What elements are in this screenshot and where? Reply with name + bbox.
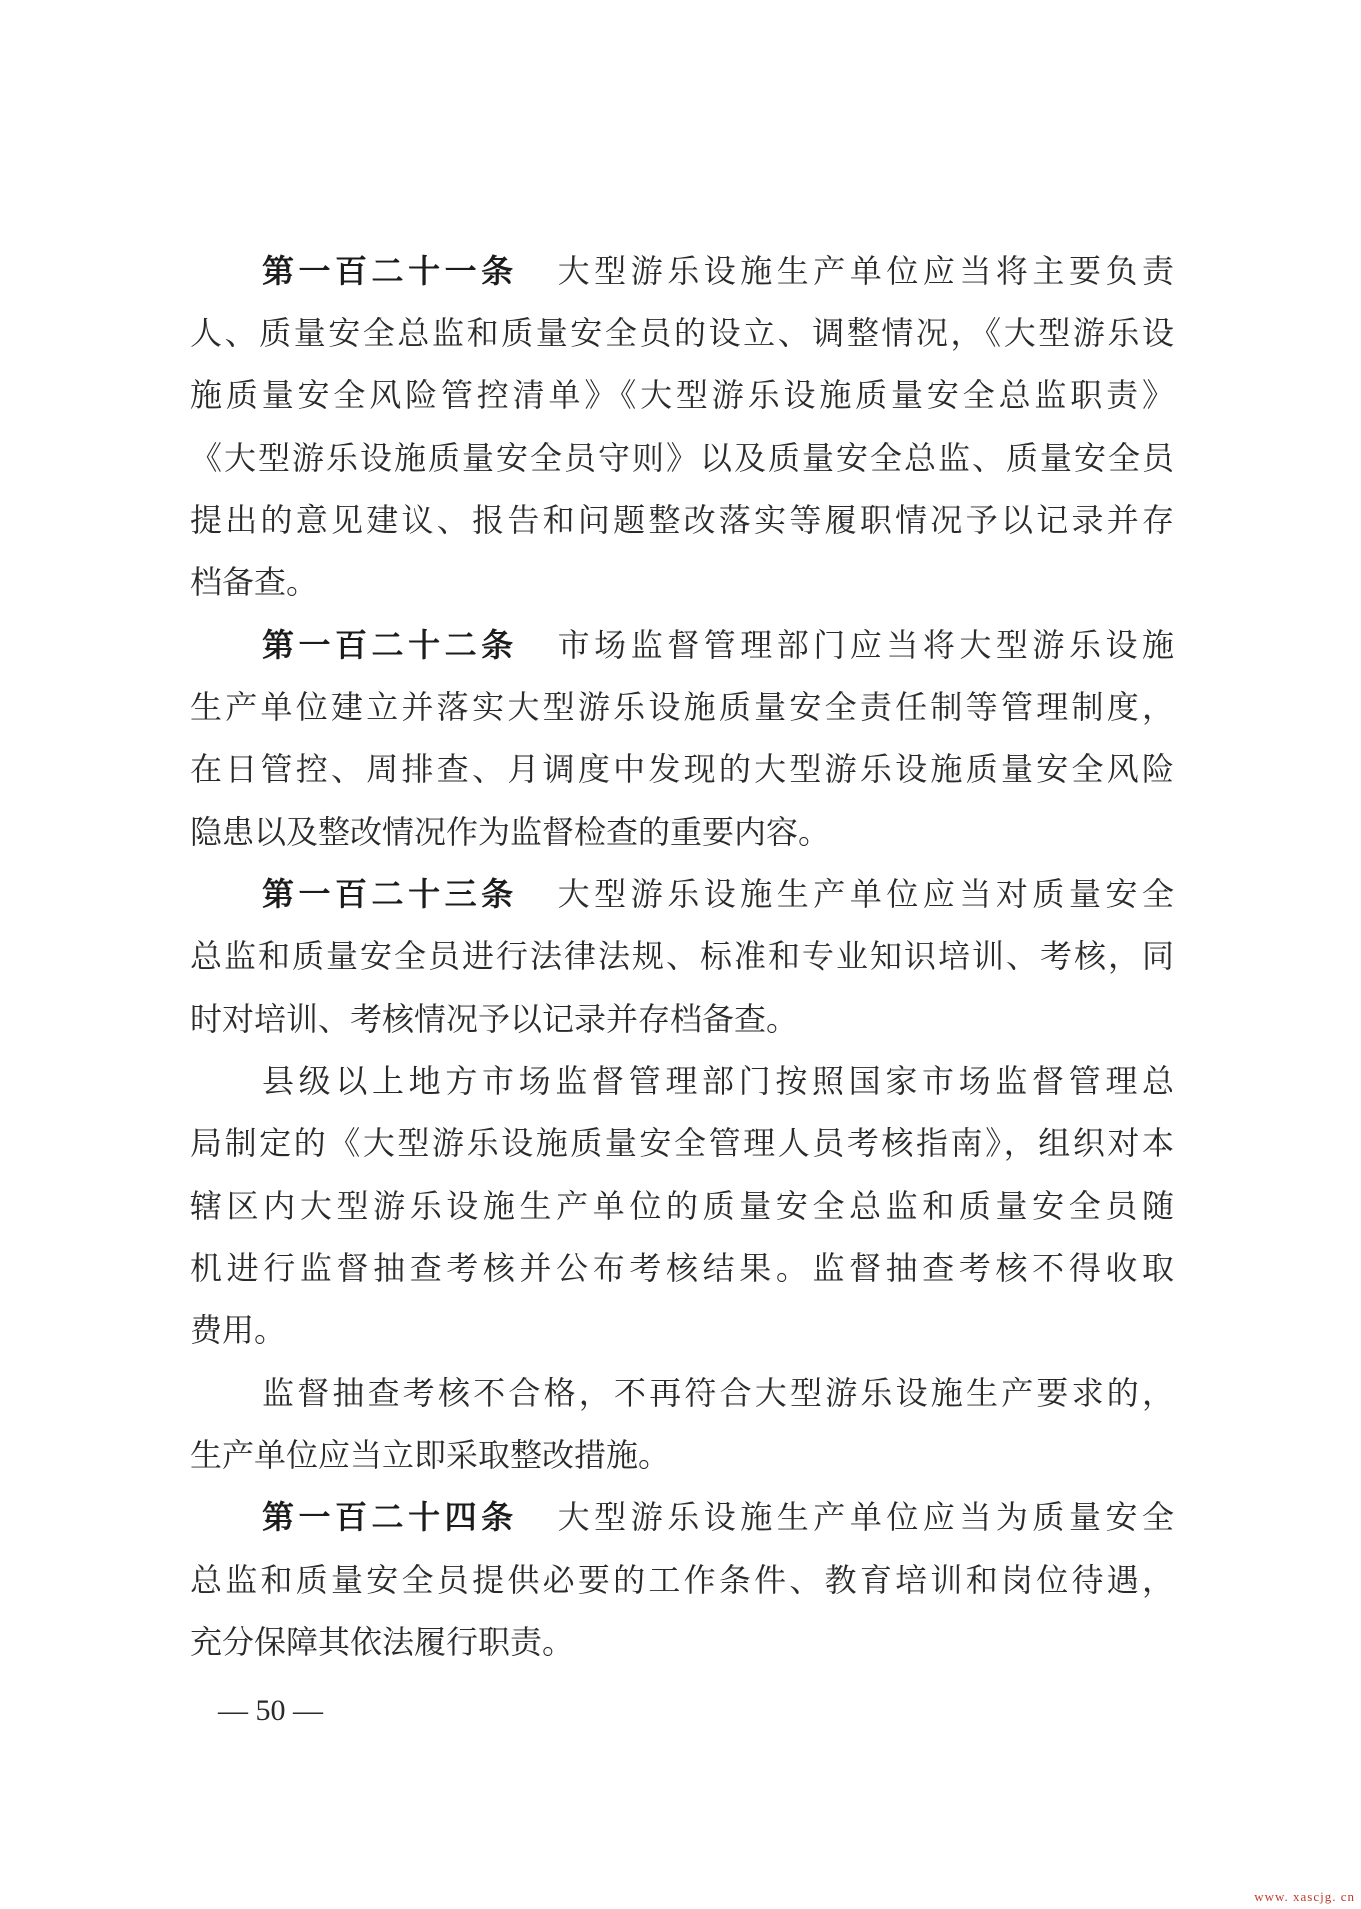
line-text: 大型游乐设施生产单位应当对质量安全 bbox=[558, 875, 1174, 913]
article-heading: 第一百二十一条 bbox=[262, 252, 518, 290]
line-text: 大型游乐设施生产单位应当将主要负责 bbox=[558, 252, 1174, 290]
paragraph-line: 生产单位建立并落实大型游乐设施质量安全责任制等管理制度， bbox=[190, 676, 1174, 738]
paragraph-line: 提出的意见建议、报告和问题整改落实等履职情况予以记录并存 bbox=[190, 489, 1174, 551]
paragraph-line: 《大型游乐设施质量安全员守则》以及质量安全总监、质量安全员 bbox=[190, 427, 1174, 489]
paragraph-line: 第一百二十二条市场监督管理部门应当将大型游乐设施 bbox=[262, 614, 1174, 676]
paragraph-line: 监督抽查考核不合格，不再符合大型游乐设施生产要求的， bbox=[262, 1362, 1174, 1424]
page-number: — 50 — bbox=[218, 1691, 323, 1731]
paragraph-line: 第一百二十三条大型游乐设施生产单位应当对质量安全 bbox=[262, 863, 1174, 925]
line-text: 市场监督管理部门应当将大型游乐设施 bbox=[558, 626, 1174, 664]
paragraph-line: 施质量安全风险管控清单》《大型游乐设施质量安全总监职责》 bbox=[190, 364, 1174, 426]
paragraph-line: 第一百二十一条大型游乐设施生产单位应当将主要负责 bbox=[262, 240, 1174, 302]
paragraph-line: 时对培训、考核情况予以记录并存档备查。 bbox=[190, 988, 1174, 1050]
paragraph-line: 总监和质量安全员进行法律法规、标准和专业知识培训、考核，同 bbox=[190, 925, 1174, 987]
article-heading: 第一百二十三条 bbox=[262, 875, 518, 913]
paragraph-line: 辖区内大型游乐设施生产单位的质量安全总监和质量安全员随 bbox=[190, 1175, 1174, 1237]
document-page: 第一百二十一条大型游乐设施生产单位应当将主要负责 人、质量安全总监和质量安全员的… bbox=[0, 0, 1361, 1909]
paragraph-line: 生产单位应当立即采取整改措施。 bbox=[190, 1424, 1174, 1486]
paragraph-line: 在日管控、周排查、月调度中发现的大型游乐设施质量安全风险 bbox=[190, 738, 1174, 800]
watermark: www. xascjg. cn bbox=[1254, 1889, 1355, 1905]
paragraph-line: 充分保障其依法履行职责。 bbox=[190, 1611, 1174, 1673]
paragraph-line: 总监和质量安全员提供必要的工作条件、教育培训和岗位待遇， bbox=[190, 1549, 1174, 1611]
paragraph-line: 人、质量安全总监和质量安全员的设立、调整情况，《大型游乐设 bbox=[190, 302, 1174, 364]
paragraph-line: 局制定的《大型游乐设施质量安全管理人员考核指南》，组织对本 bbox=[190, 1112, 1174, 1174]
paragraph-line: 机进行监督抽查考核并公布考核结果。监督抽查考核不得收取 bbox=[190, 1237, 1174, 1299]
article-heading: 第一百二十四条 bbox=[262, 1498, 518, 1536]
paragraph-line: 档备查。 bbox=[190, 551, 1174, 613]
paragraph-line: 第一百二十四条大型游乐设施生产单位应当为质量安全 bbox=[262, 1486, 1174, 1548]
paragraph-line: 费用。 bbox=[190, 1299, 1174, 1361]
line-text: 大型游乐设施生产单位应当为质量安全 bbox=[558, 1498, 1174, 1536]
article-heading: 第一百二十二条 bbox=[262, 626, 518, 664]
paragraph-line: 隐患以及整改情况作为监督检查的重要内容。 bbox=[190, 801, 1174, 863]
paragraph-line: 县级以上地方市场监督管理部门按照国家市场监督管理总 bbox=[262, 1050, 1174, 1112]
